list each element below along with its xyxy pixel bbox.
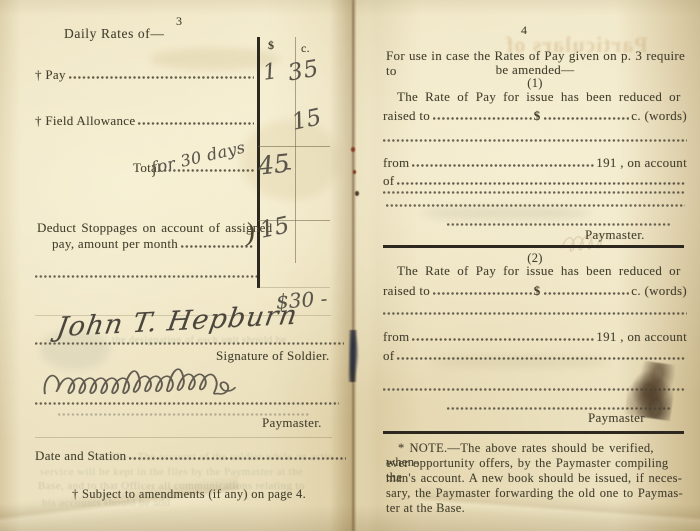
table-hrule-under-allowance: [258, 146, 330, 147]
section-divider-rule1: [383, 245, 684, 248]
section2-from-label: from: [383, 330, 409, 344]
section2-from-row: from 191 , on account: [383, 330, 687, 344]
section1-body: The Rate of Pay for issue has been reduc…: [383, 90, 687, 105]
section2-blank-line1: [383, 387, 685, 392]
section1-blank-line1: [383, 190, 685, 195]
stoppages-dot-leader: [181, 244, 254, 249]
section2-of-row: of: [383, 349, 687, 363]
ghost-left-bottom-3: Base, and to that Officer all communicat…: [38, 480, 305, 492]
section2-raised-label: raised to: [383, 284, 430, 298]
field-allowance-row: † Field Allowance: [35, 114, 256, 128]
left-heading: Daily Rates of—: [64, 26, 164, 42]
section2-cents-label: c. (words): [631, 284, 687, 298]
section1-dollar-sign: $: [534, 109, 541, 123]
section1-raised-dots2: [544, 116, 630, 121]
section1-of-row: of: [383, 174, 687, 188]
fold-speck-3: [355, 191, 359, 196]
fold-speck-1: [351, 147, 355, 152]
section-divider-rule2: [383, 431, 684, 434]
fold-speck-2: [353, 170, 356, 174]
section1-raised-dots1: [433, 116, 532, 121]
section1-words-line: [383, 138, 687, 143]
paymaster-signature: [40, 362, 308, 404]
section2-paymaster-label: Paymaster: [588, 411, 645, 426]
note-line-4: sary, the Paymaster forwarding the old o…: [386, 486, 688, 500]
section2-raised-row: raised to $ c. (words): [383, 284, 687, 298]
section2-year-text: 191 , on account: [596, 330, 687, 344]
section2-of-dots: [397, 356, 685, 361]
hw-pay-dollars: 1: [261, 59, 278, 86]
stoppages-line2-row: pay, amount per month: [52, 237, 256, 251]
hw-total-cents-dash: -: [285, 155, 292, 179]
section1-from-row: from 191 , on account: [383, 156, 687, 170]
smear-top-left-page: [150, 48, 280, 70]
ghost-left-mid: the designation of each unit should be: [112, 335, 286, 346]
section1-of-label: of: [383, 174, 394, 188]
section1-from-dots: [412, 163, 594, 168]
section2-words-line: [383, 311, 687, 316]
section1-of-dots: [397, 181, 685, 186]
section1-paymaster-label: Paymaster.: [585, 228, 645, 243]
stoppages-line2-label: pay, amount per month: [52, 237, 178, 251]
hw-pay-cents: 35: [286, 55, 321, 86]
section2-of-label: of: [383, 349, 394, 363]
blank-dotted-line-left: [35, 274, 257, 279]
section2-raised-dots2: [544, 291, 630, 296]
binding-stitch-cluster: [347, 330, 359, 382]
section2-body: The Rate of Pay for issue has been reduc…: [383, 264, 687, 279]
section2-from-dots: [412, 337, 594, 342]
stoppages-line1: Deduct Stoppages on account of assigned: [37, 221, 272, 236]
paymaster-signature-line: [35, 401, 339, 406]
dollar-column-header: $: [268, 39, 274, 53]
section1-cents-label: c. (words): [631, 109, 687, 123]
ghost-left-bottom-1: NOTE.—The account of the soldier while o…: [92, 451, 334, 463]
paybook-scan: 3 Daily Rates of— $ c. † Pay † Field All…: [0, 0, 700, 531]
ghost-left-bottom-2: service will be kept in the files by the…: [40, 466, 303, 478]
smear-right-mid: [420, 206, 590, 220]
section2-dollar-sign: $: [534, 284, 541, 298]
section1-raised-label: raised to: [383, 109, 430, 123]
section1-raised-row: raised to $ c. (words): [383, 109, 687, 123]
section2-raised-dots1: [433, 291, 532, 296]
field-allowance-dot-leader: [138, 121, 254, 126]
note-line-5: ter at the Base.: [386, 501, 688, 515]
field-allowance-label: † Field Allowance: [35, 114, 135, 128]
note-line-3: man's account. A new book should be issu…: [386, 471, 688, 485]
ghost-left-bottom-4: his accounts should be add: [42, 497, 170, 509]
section1-year-text: 191 , on account: [596, 156, 687, 170]
paymaster-label-left: Paymaster.: [262, 416, 322, 431]
hw-stoppages-amount: 15: [258, 212, 292, 244]
section1-from-label: from: [383, 156, 409, 170]
cents-column-header: c.: [301, 42, 310, 56]
pay-label: † Pay: [35, 68, 66, 82]
pay-row: † Pay: [35, 68, 256, 82]
gutter-crease-line: [352, 0, 354, 531]
hw-field-allowance-cents: 15: [290, 104, 324, 136]
left-page-number: 3: [176, 15, 182, 29]
section1-blank-line2: [386, 203, 685, 208]
right-page-number: 4: [521, 24, 527, 38]
pay-dot-leader: [69, 75, 254, 80]
light-rule-above-date: [35, 437, 332, 438]
